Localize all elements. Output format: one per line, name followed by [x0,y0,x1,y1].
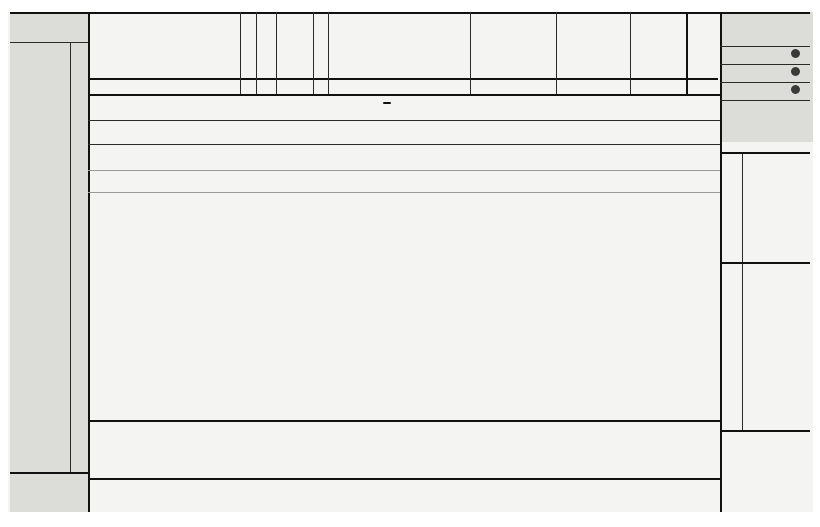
rule [630,12,631,94]
rule [742,152,743,430]
rule [470,12,471,94]
punch-dot [791,67,800,76]
rule [70,42,71,472]
rule [720,430,810,432]
rule [720,100,810,101]
rule [720,82,810,83]
rule [313,12,314,94]
rule [10,42,88,43]
rule [10,472,88,474]
rule [240,12,241,94]
rule [686,12,688,94]
rule [88,420,720,422]
rule [276,12,277,94]
rule [556,12,557,94]
rule [88,12,90,512]
punch-dot [791,49,800,58]
rule [720,64,810,65]
rule [88,120,720,121]
accident-record-card [8,12,813,512]
rule [328,12,329,94]
rule [720,152,810,154]
rule [88,78,718,80]
left-shaded-strip [10,12,88,512]
rule [88,94,720,96]
rule [10,12,810,14]
rule [720,262,810,264]
right-shaded-strip [720,12,813,142]
rule [720,46,810,47]
punch-dot [791,85,800,94]
dual-solo-value[interactable] [383,102,391,104]
rule [256,12,257,94]
rule [88,192,720,193]
rule [88,478,720,480]
rule [88,170,720,171]
rule [88,144,720,145]
